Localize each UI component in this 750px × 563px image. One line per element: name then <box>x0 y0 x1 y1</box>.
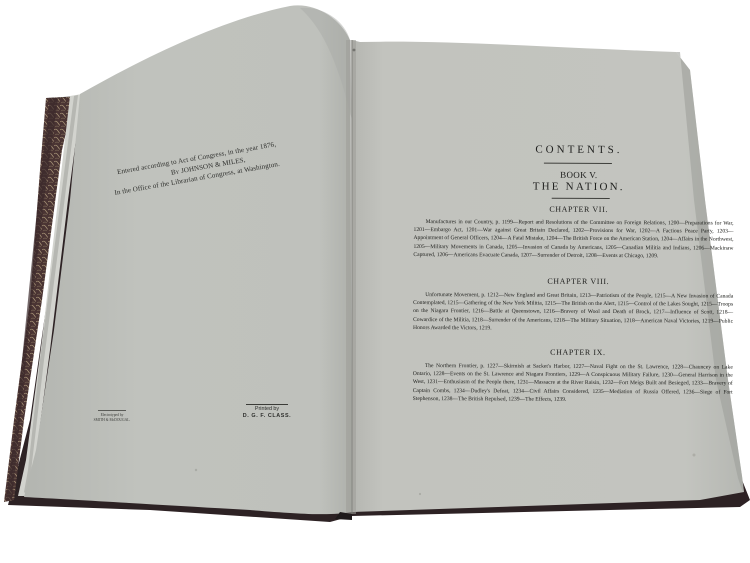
book-photo: Entered according to Act of Congress, in… <box>0 0 750 563</box>
open-book-illustration <box>0 0 750 563</box>
left-page <box>24 5 352 514</box>
right-page <box>352 40 744 512</box>
gutter-fold <box>346 40 356 514</box>
